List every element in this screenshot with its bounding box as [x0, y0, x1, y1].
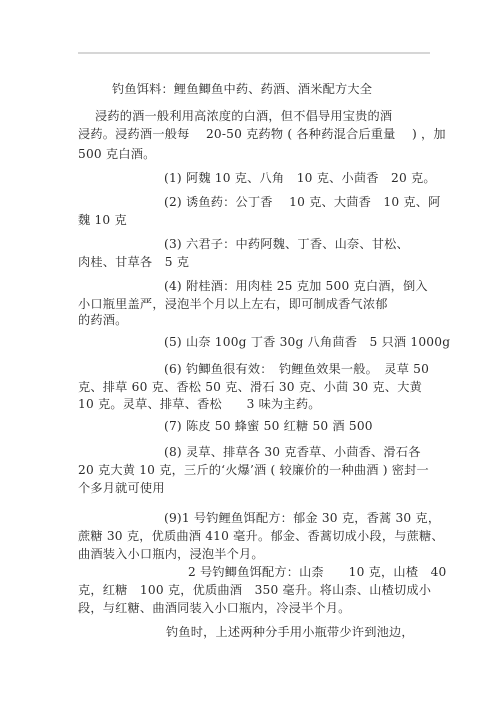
recipe-item-4: (4) 附桂酒：用肉桂 25 克加 500 克白酒，倒入 — [164, 278, 428, 294]
recipe-item-8-cont: 20 克大黄 10 克，三斤的‘火爆’酒 ( 较廉价的一种曲酒 ) 密封一 — [78, 462, 429, 478]
recipe-item-10-cont: 克，红糖 100 克，优质曲酒 350 毫升。将山柰、山楂切成小 — [78, 582, 431, 598]
recipe-item-2-cont: 魏 10 克 — [78, 212, 127, 228]
intro-line: 500 克白酒。 — [78, 146, 156, 162]
closing-line: 钓鱼时，上述两种分手用小瓶带少许到池边， — [166, 624, 414, 640]
recipe-item-10-cont: 段，与红糖、曲酒同装入小口瓶内，冷浸半个月。 — [78, 600, 351, 616]
document-title: 钓鱼饵料：鲤鱼鲫鱼中药、药酒、酒米配方大全 — [112, 81, 372, 97]
recipe-item-8: (8) 灵草、排草各 30 克香草、小茴香、滑石各 — [164, 444, 421, 460]
recipe-item-9-cont: 蔗糖 30 克，优质曲酒 410 毫升。郁金、香蒿切成小段，与蔗糖、 — [78, 528, 444, 544]
recipe-item-10: 2 号钓鲫鱼饵配方：山柰 10 克，山楂 40 — [188, 564, 447, 580]
recipe-item-2: (2) 诱鱼药：公丁香 10 克、大茴香 10 克、阿 — [164, 194, 441, 210]
header-rule — [78, 52, 430, 54]
recipe-item-8-cont: 个多月就可使用 — [78, 480, 165, 496]
recipe-item-9-cont: 曲酒装入小口瓶内，浸泡半个月。 — [78, 546, 264, 562]
recipe-item-6: (6) 钓鲫鱼很有效： 钓鲤鱼效果一般。 灵草 50 — [164, 361, 429, 377]
recipe-item-4-cont: 小口瓶里盖严，浸泡半个月以上左右，即可制成香气浓郁 — [78, 296, 388, 312]
recipe-item-1: (1) 阿魏 10 克、八角 10 克、小茴香 20 克。 — [164, 170, 436, 186]
recipe-item-4-cont: 的药酒。 — [78, 312, 128, 328]
recipe-item-7: (7) 陈皮 50 蜂蜜 50 红糖 50 酒 500 — [164, 418, 373, 434]
intro-line: 浸药的酒一般利用高浓度的白酒，但不倡导用宝贵的酒 — [95, 108, 392, 124]
recipe-item-6-cont: 克、排草 60 克、香松 50 克、滑石 30 克、小茴 30 克、大黄 — [78, 379, 422, 395]
recipe-item-9: (9)1 号钓鲤鱼饵配方：郁金 30 克，香蒿 30 克， — [164, 510, 440, 526]
recipe-item-5: (5) 山奈 100g 丁香 30g 八角茴香 5 只酒 1000g — [164, 334, 450, 350]
recipe-item-6-cont: 10 克。灵草、排草、香松 3 味为主药。 — [78, 396, 321, 412]
recipe-item-3-cont: 肉桂、甘草各 5 克 — [78, 254, 189, 270]
intro-line: 浸药。浸药酒一般每 20-50 克药物 ( 各种药混合后重量 ) ，加 — [78, 126, 446, 142]
recipe-item-3: (3) 六君子：中药阿魏、丁香、山奈、甘松、 — [164, 236, 409, 252]
